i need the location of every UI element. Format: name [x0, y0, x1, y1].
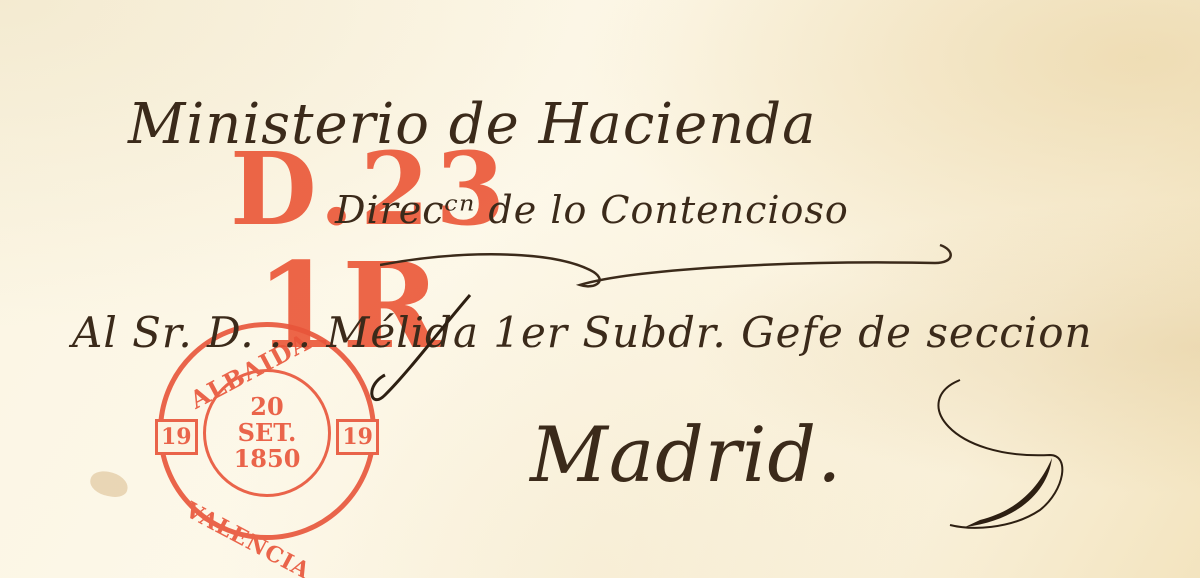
- underline-flourish-icon: [380, 235, 960, 295]
- postmark-day: 20: [250, 394, 283, 420]
- address-line-department: Direcᶜⁿ de lo Contencioso: [335, 188, 849, 232]
- postmark-side-left: 19: [155, 419, 198, 455]
- postmark-date-block: 20 SET. 1850: [203, 369, 331, 497]
- long-s-flourish-icon: [360, 290, 490, 410]
- postmark-month: SET.: [238, 420, 297, 446]
- address-line-city: Madrid.: [530, 410, 842, 499]
- paper-stain: [88, 469, 130, 499]
- postmark-province: VALENCIA: [181, 497, 315, 578]
- address-line-recipient: Al Sr. D. ... Mélida 1er Subdr. Gefe de …: [72, 308, 1093, 357]
- letter-cover: D.23 1R ALBAIDA 19 19 20 SET. 1850 VALEN…: [0, 0, 1200, 578]
- city-flourish-icon: [870, 370, 1090, 540]
- postmark-year: 1850: [234, 446, 301, 472]
- address-line-ministry: Ministerio de Hacienda: [128, 92, 817, 157]
- postmark-side-right: 19: [336, 419, 379, 455]
